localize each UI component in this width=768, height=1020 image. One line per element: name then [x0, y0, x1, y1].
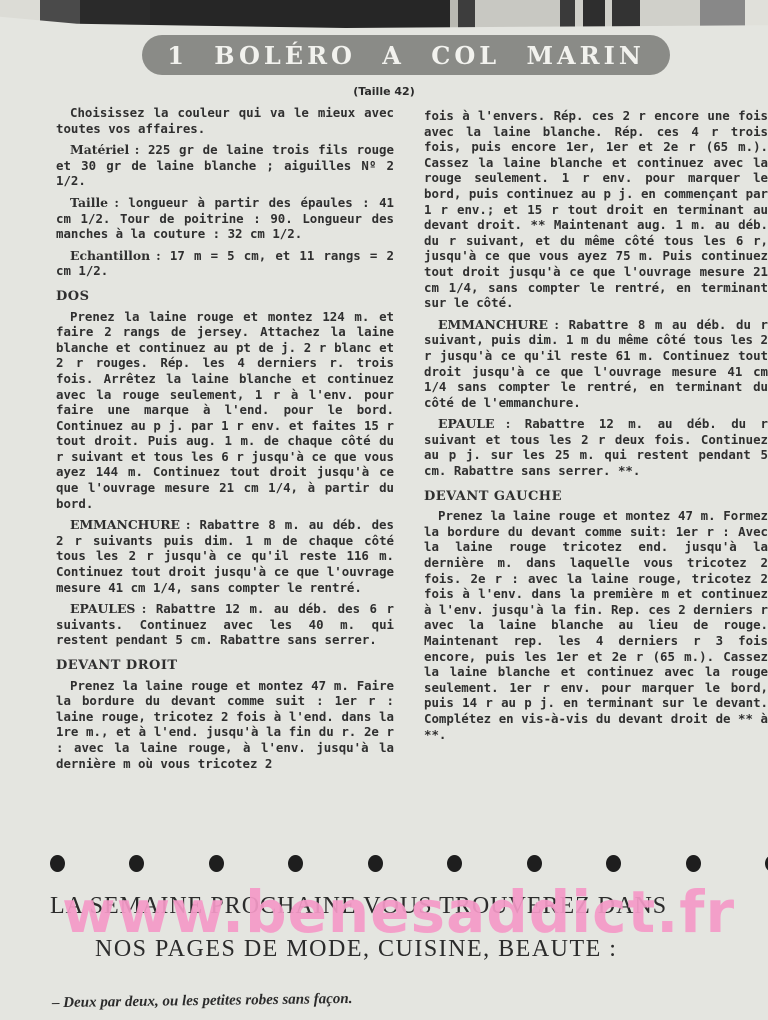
emmanchure-paragraph: EMMANCHURE : Rabattre 8 m. au déb. des 2… [56, 517, 394, 595]
bullet-item: – Deux par deux, ou les petites robes sa… [52, 991, 353, 1012]
taille-paragraph: Taille : longueur à partir des épaules :… [56, 195, 394, 242]
devant-droit-paragraph: Prenez la laine rouge et montez 47 m. Fa… [56, 678, 394, 772]
header-photo [0, 0, 768, 28]
right-column: fois à l'envers. Rép. ces 2 r encore une… [424, 108, 768, 748]
article-title-banner: 1 BOLÉRO A COL MARIN [142, 35, 670, 75]
epaules-label: EPAULES : [70, 601, 146, 616]
devant-droit-heading: DEVANT DROIT [56, 658, 394, 674]
dot [129, 855, 144, 872]
emmanchure-right-label: EMMANCHURE : [438, 317, 559, 332]
epaule-paragraph: EPAULE : Rabattre 12 m. au déb. du r sui… [424, 416, 768, 478]
dot [209, 855, 224, 872]
dot [288, 855, 303, 872]
size-note: (Taille 42) [0, 85, 768, 98]
epaule-label: EPAULE : [438, 416, 510, 431]
dot [368, 855, 383, 872]
watermark: www.benesaddict.fr [62, 878, 735, 946]
continuation-paragraph: fois à l'envers. Rép. ces 2 r encore une… [424, 108, 768, 311]
dos-paragraph: Prenez la laine rouge et montez 124 m. e… [56, 309, 394, 512]
taille-label: Taille : [70, 195, 119, 210]
devant-gauche-heading: DEVANT GAUCHE [424, 489, 768, 505]
echantillon-paragraph: Echantillon : 17 m = 5 cm, et 11 rangs =… [56, 248, 394, 279]
dos-heading: DOS [56, 289, 394, 305]
dot [447, 855, 462, 872]
dot [527, 855, 542, 872]
intro-paragraph: Choisissez la couleur qui va le mieux av… [56, 105, 394, 136]
left-column: Choisissez la couleur qui va le mieux av… [56, 105, 394, 777]
emmanchure-label: EMMANCHURE : [70, 517, 190, 532]
dot [50, 855, 65, 872]
dot [606, 855, 621, 872]
devant-gauche-paragraph: Prenez la laine rouge et montez 47 m. Fo… [424, 508, 768, 742]
materiel-label: Matériel : [70, 142, 139, 157]
echantillon-label: Echantillon : [70, 248, 161, 263]
dot-separator [50, 855, 768, 872]
article-title: 1 BOLÉRO A COL MARIN [167, 41, 645, 70]
materiel-paragraph: Matériel : 225 gr de laine trois fils ro… [56, 142, 394, 189]
emmanchure-right-paragraph: EMMANCHURE : Rabattre 8 m au déb. du r s… [424, 317, 768, 411]
dot [686, 855, 701, 872]
epaules-paragraph: EPAULES : Rabattre 12 m. au déb. des 6 r… [56, 601, 394, 648]
